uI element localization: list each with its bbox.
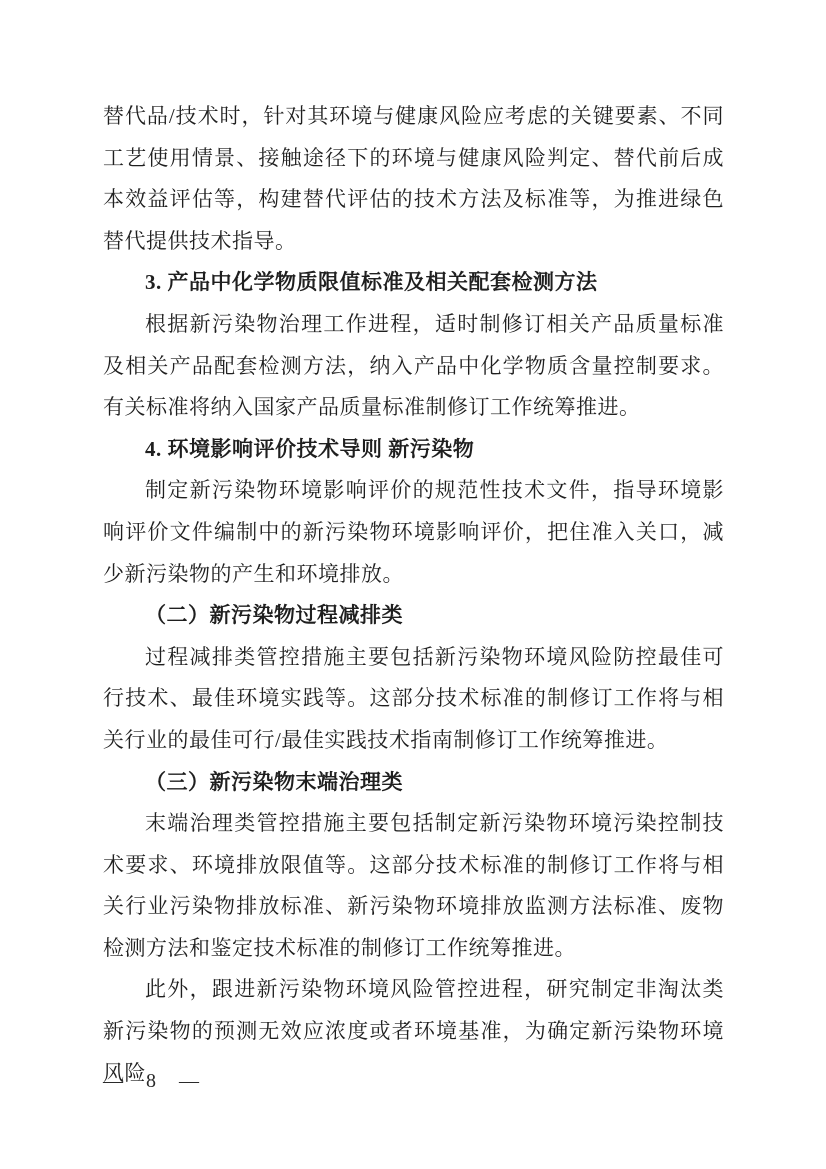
document-body: 替代品/技术时，针对其环境与健康风险应考虑的关键要素、不同工艺使用情景、接触途径…: [103, 96, 724, 1094]
page-number: — 8 —: [103, 1070, 208, 1093]
paragraph: 根据新污染物治理工作进程，适时制修订相关产品质量标准及相关产品配套检测方法，纳入…: [103, 304, 724, 429]
section-heading-3: 3. 产品中化学物质限值标准及相关配套检测方法: [103, 262, 724, 304]
document-page: 替代品/技术时，针对其环境与健康风险应考虑的关键要素、不同工艺使用情景、接触途径…: [0, 0, 826, 1169]
paragraph: 制定新污染物环境影响评价的规范性技术文件，指导环境影响评价文件编制中的新污染物环…: [103, 470, 724, 595]
paragraph-continuation: 替代品/技术时，针对其环境与健康风险应考虑的关键要素、不同工艺使用情景、接触途径…: [103, 96, 724, 262]
section-heading-3-end-treatment: （三）新污染物末端治理类: [103, 762, 724, 804]
paragraph: 末端治理类管控措施主要包括制定新污染物环境污染控制技术要求、环境排放限值等。这部…: [103, 803, 724, 969]
section-heading-4: 4. 环境影响评价技术导则 新污染物: [103, 429, 724, 471]
section-heading-2-process-reduction: （二）新污染物过程减排类: [103, 595, 724, 637]
paragraph: 过程减排类管控措施主要包括新污染物环境风险防控最佳可行技术、最佳环境实践等。这部…: [103, 637, 724, 762]
